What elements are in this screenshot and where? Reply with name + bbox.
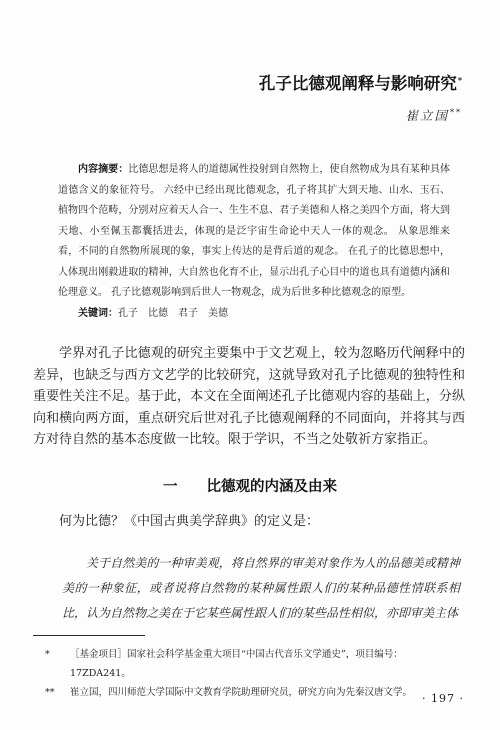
author-footnote-marker: ** [450,108,462,117]
footnote-text: 崔立国，四川师范大学国际中文教育学院助理研究员，研究方向为先秦汉唐文学。 [70,683,463,702]
author-name: 崔立国 [405,108,449,123]
section-heading: 一 比德观的内涵及由来 [0,475,500,496]
title-footnote-marker: * [458,75,462,85]
footnote-list: * ［基金项目］国家社会科学基金重大项目“中国古代音乐文学通史”，项目编号：17… [45,645,463,702]
keywords-label: 关键词： [78,308,118,319]
lead-in-paragraph: 何为比德？《中国古典美学辞典》的定义是： [33,511,465,533]
footnote-marker: * [45,645,70,683]
footnote-marker: ** [45,683,70,702]
abstract-label: 内容摘要： [78,164,128,175]
abstract-block: 内容摘要：比德思想是将人的道德属性投射到自然物上，使自然物成为具有某种具体道德含… [58,160,450,324]
article-title-text: 孔子比德观阐释与影响研究 [259,74,457,93]
definition-quote: 关于自然美的一种审美观，将自然界的审美对象作为人的品德美或精神美的一种象征，或者… [62,551,460,626]
article-title: 孔子比德观阐释与影响研究* [259,70,462,94]
footnote-item: ** 崔立国，四川师范大学国际中文教育学院助理研究员，研究方向为先秦汉唐文学。 [45,683,463,702]
footnote-divider [33,635,145,636]
abstract-paragraph: 内容摘要：比德思想是将人的道德属性投射到自然物上，使自然物成为具有某种具体道德含… [58,160,450,304]
intro-paragraph: 学界对孔子比德观的研究主要集中于文艺观上，较为忽略历代阐释中的差异，也缺乏与西方… [33,343,465,451]
abstract-text: 比德思想是将人的道德属性投射到自然物上，使自然物成为具有某种具体道德含义的象征符… [58,164,450,298]
keywords-line: 关键词：孔子 比德 君子 美德 [58,304,450,325]
author-line: 崔立国** [405,106,462,124]
keywords-text: 孔子 比德 君子 美德 [118,308,228,319]
page-number: · 197 · [422,692,464,705]
paper-page: 孔子比德观阐释与影响研究* 崔立国** 内容摘要：比德思想是将人的道德属性投射到… [0,0,500,730]
footnote-text: ［基金项目］国家社会科学基金重大项目“中国古代音乐文学通史”，项目编号：17ZD… [70,645,463,683]
footnote-item: * ［基金项目］国家社会科学基金重大项目“中国古代音乐文学通史”，项目编号：17… [45,645,463,683]
